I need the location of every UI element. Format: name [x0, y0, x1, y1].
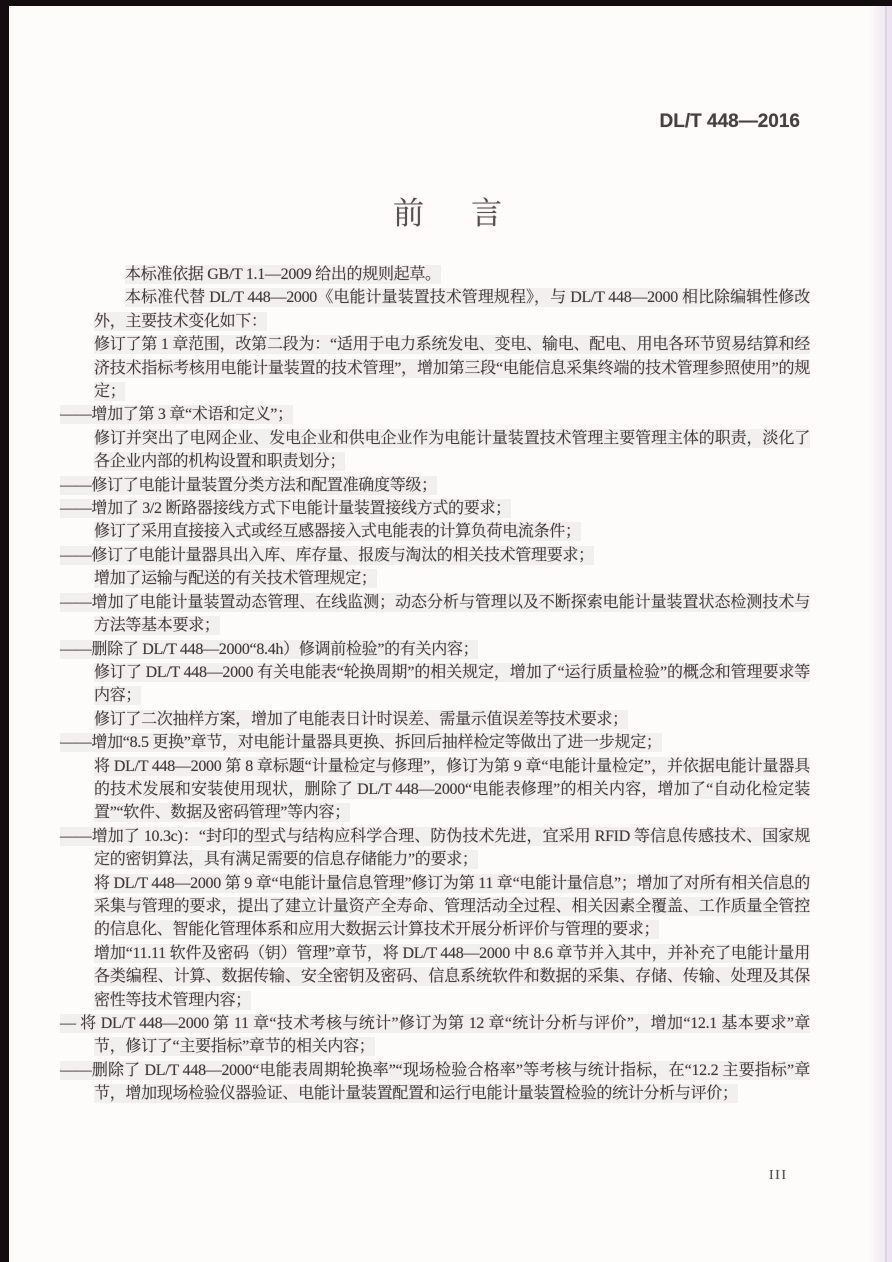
body-paragraph: 修订了第 1 章范围，改第二段为：“适用于电力系统发电、变电、输电、配电、用电各… — [94, 333, 810, 403]
body-paragraph: ——删除了 DL/T 448—2000“8.4h）修调前检验”的有关内容； — [94, 638, 810, 661]
page-title: 前言 — [393, 188, 549, 233]
document-code: DL/T 448—2016 — [494, 111, 800, 133]
body-paragraph: 本标准代替 DL/T 448—2000《电能计量装置技术管理规程》，与 DL/T… — [94, 286, 810, 333]
paragraph-text: 增加了运输与配送的有关技术管理规定； — [94, 569, 377, 588]
top-scan-border — [0, 0, 892, 6]
paragraph-text: 将 DL/T 448—2000 第 9 章“电能计量信息管理”修订为第 11 章… — [94, 874, 810, 940]
body-paragraph: 本标准依据 GB/T 1.1—2009 给出的规则起草。 — [94, 263, 810, 286]
paragraph-text: ——增加了 10.3c)：“封印的型式与结构应科学合理、防伪技术先进，宜采用 R… — [60, 827, 810, 869]
body-paragraph: 修订了二次抽样方案，增加了电能表日计时误差、需量示值误差等技术要求； — [94, 708, 810, 731]
paragraph-text: ——增加了 3/2 断路器接线方式下电能计量装置接线方式的要求； — [60, 499, 511, 518]
left-scan-border — [0, 0, 9, 1262]
body-paragraph: ——增加了第 3 章“术语和定义”； — [94, 403, 810, 426]
paragraph-text: ——增加了第 3 章“术语和定义”； — [60, 405, 293, 424]
paragraph-text: 修订并突出了电网企业、发电企业和供电企业作为电能计量装置技术管理主要管理主体的职… — [94, 429, 810, 471]
right-edge-scan-line — [885, 0, 887, 1262]
paragraph-text: ——删除了 DL/T 448—2000“8.4h）修调前检验”的有关内容； — [60, 640, 478, 659]
body-paragraph: 修订并突出了电网企业、发电企业和供电企业作为电能计量装置技术管理主要管理主体的职… — [94, 427, 810, 474]
paragraph-text: 修订了 DL/T 448—2000 有关电能表“轮换周期”的相关规定，增加了“运… — [94, 663, 810, 705]
body-paragraph: ——增加“8.5 更换”章节，对电能计量器具更换、拆回后抽样检定等做出了进一步规… — [94, 731, 810, 754]
paragraph-text: 本标准依据 GB/T 1.1—2009 给出的规则起草。 — [125, 265, 441, 284]
body-paragraph: ——修订了电能计量装置分类方法和配置准确度等级； — [94, 474, 810, 497]
paragraph-text: ——增加了电能计量装置动态管理、在线监测；动态分析与管理以及不断探索电能计量装置… — [60, 593, 810, 635]
body-paragraph: 修订了采用直接接入式或经互感器接入式电能表的计算负荷电流条件； — [94, 520, 810, 543]
scanned-document-page: DL/T 448—2016 前言 本标准依据 GB/T 1.1—2009 给出的… — [0, 0, 892, 1262]
body-paragraph: ——删除了 DL/T 448—2000“电能表周期轮换率”“现场检验合格率”等考… — [94, 1059, 810, 1106]
body-paragraph: ——增加了 10.3c)：“封印的型式与结构应科学合理、防伪技术先进，宜采用 R… — [94, 825, 810, 872]
body-paragraph: 修订了 DL/T 448—2000 有关电能表“轮换周期”的相关规定，增加了“运… — [94, 661, 810, 708]
body-paragraph: 将 DL/T 448—2000 第 8 章标题“计量检定与修理”，修订为第 9 … — [94, 755, 810, 825]
document-body: 本标准依据 GB/T 1.1—2009 给出的规则起草。本标准代替 DL/T 4… — [94, 263, 810, 1106]
right-edge-scan-tint — [868, 0, 892, 1262]
paragraph-text: 修订了二次抽样方案，增加了电能表日计时误差、需量示值误差等技术要求； — [94, 710, 628, 729]
paragraph-text: ——删除了 DL/T 448—2000“电能表周期轮换率”“现场检验合格率”等考… — [60, 1061, 810, 1103]
paragraph-text: ——增加“8.5 更换”章节，对电能计量器具更换、拆回后抽样检定等做出了进一步规… — [60, 733, 662, 752]
body-paragraph: 将 DL/T 448—2000 第 9 章“电能计量信息管理”修订为第 11 章… — [94, 872, 810, 942]
paragraph-text: 修订了采用直接接入式或经互感器接入式电能表的计算负荷电流条件； — [94, 522, 581, 541]
paragraph-text: 修订了第 1 章范围，改第二段为：“适用于电力系统发电、变电、输电、配电、用电各… — [94, 335, 810, 401]
body-paragraph: 增加了运输与配送的有关技术管理规定； — [94, 567, 810, 590]
paragraph-text: 本标准代替 DL/T 448—2000《电能计量装置技术管理规程》，与 DL/T… — [94, 288, 810, 330]
body-paragraph: — 将 DL/T 448—2000 第 11 章“技术考核与统计”修订为第 12… — [94, 1012, 810, 1059]
body-paragraph: ——修订了电能计量器具出入库、库存量、报废与淘汰的相关技术管理要求； — [94, 544, 810, 567]
paragraph-text: ——修订了电能计量器具出入库、库存量、报废与淘汰的相关技术管理要求； — [60, 546, 594, 565]
body-paragraph: 增加“11.11 软件及密码（钥）管理”章节，将 DL/T 448—2000 中… — [94, 942, 810, 1012]
body-paragraph: ——增加了电能计量装置动态管理、在线监测；动态分析与管理以及不断探索电能计量装置… — [94, 591, 810, 638]
body-paragraph: ——增加了 3/2 断路器接线方式下电能计量装置接线方式的要求； — [94, 497, 810, 520]
paragraph-text: 将 DL/T 448—2000 第 8 章标题“计量检定与修理”，修订为第 9 … — [94, 757, 810, 823]
paragraph-text: ——修订了电能计量装置分类方法和配置准确度等级； — [60, 476, 437, 495]
page-number: III — [769, 1168, 788, 1184]
paragraph-text: — 将 DL/T 448—2000 第 11 章“技术考核与统计”修订为第 12… — [60, 1014, 810, 1056]
paragraph-text: 增加“11.11 软件及密码（钥）管理”章节，将 DL/T 448—2000 中… — [94, 944, 810, 1010]
